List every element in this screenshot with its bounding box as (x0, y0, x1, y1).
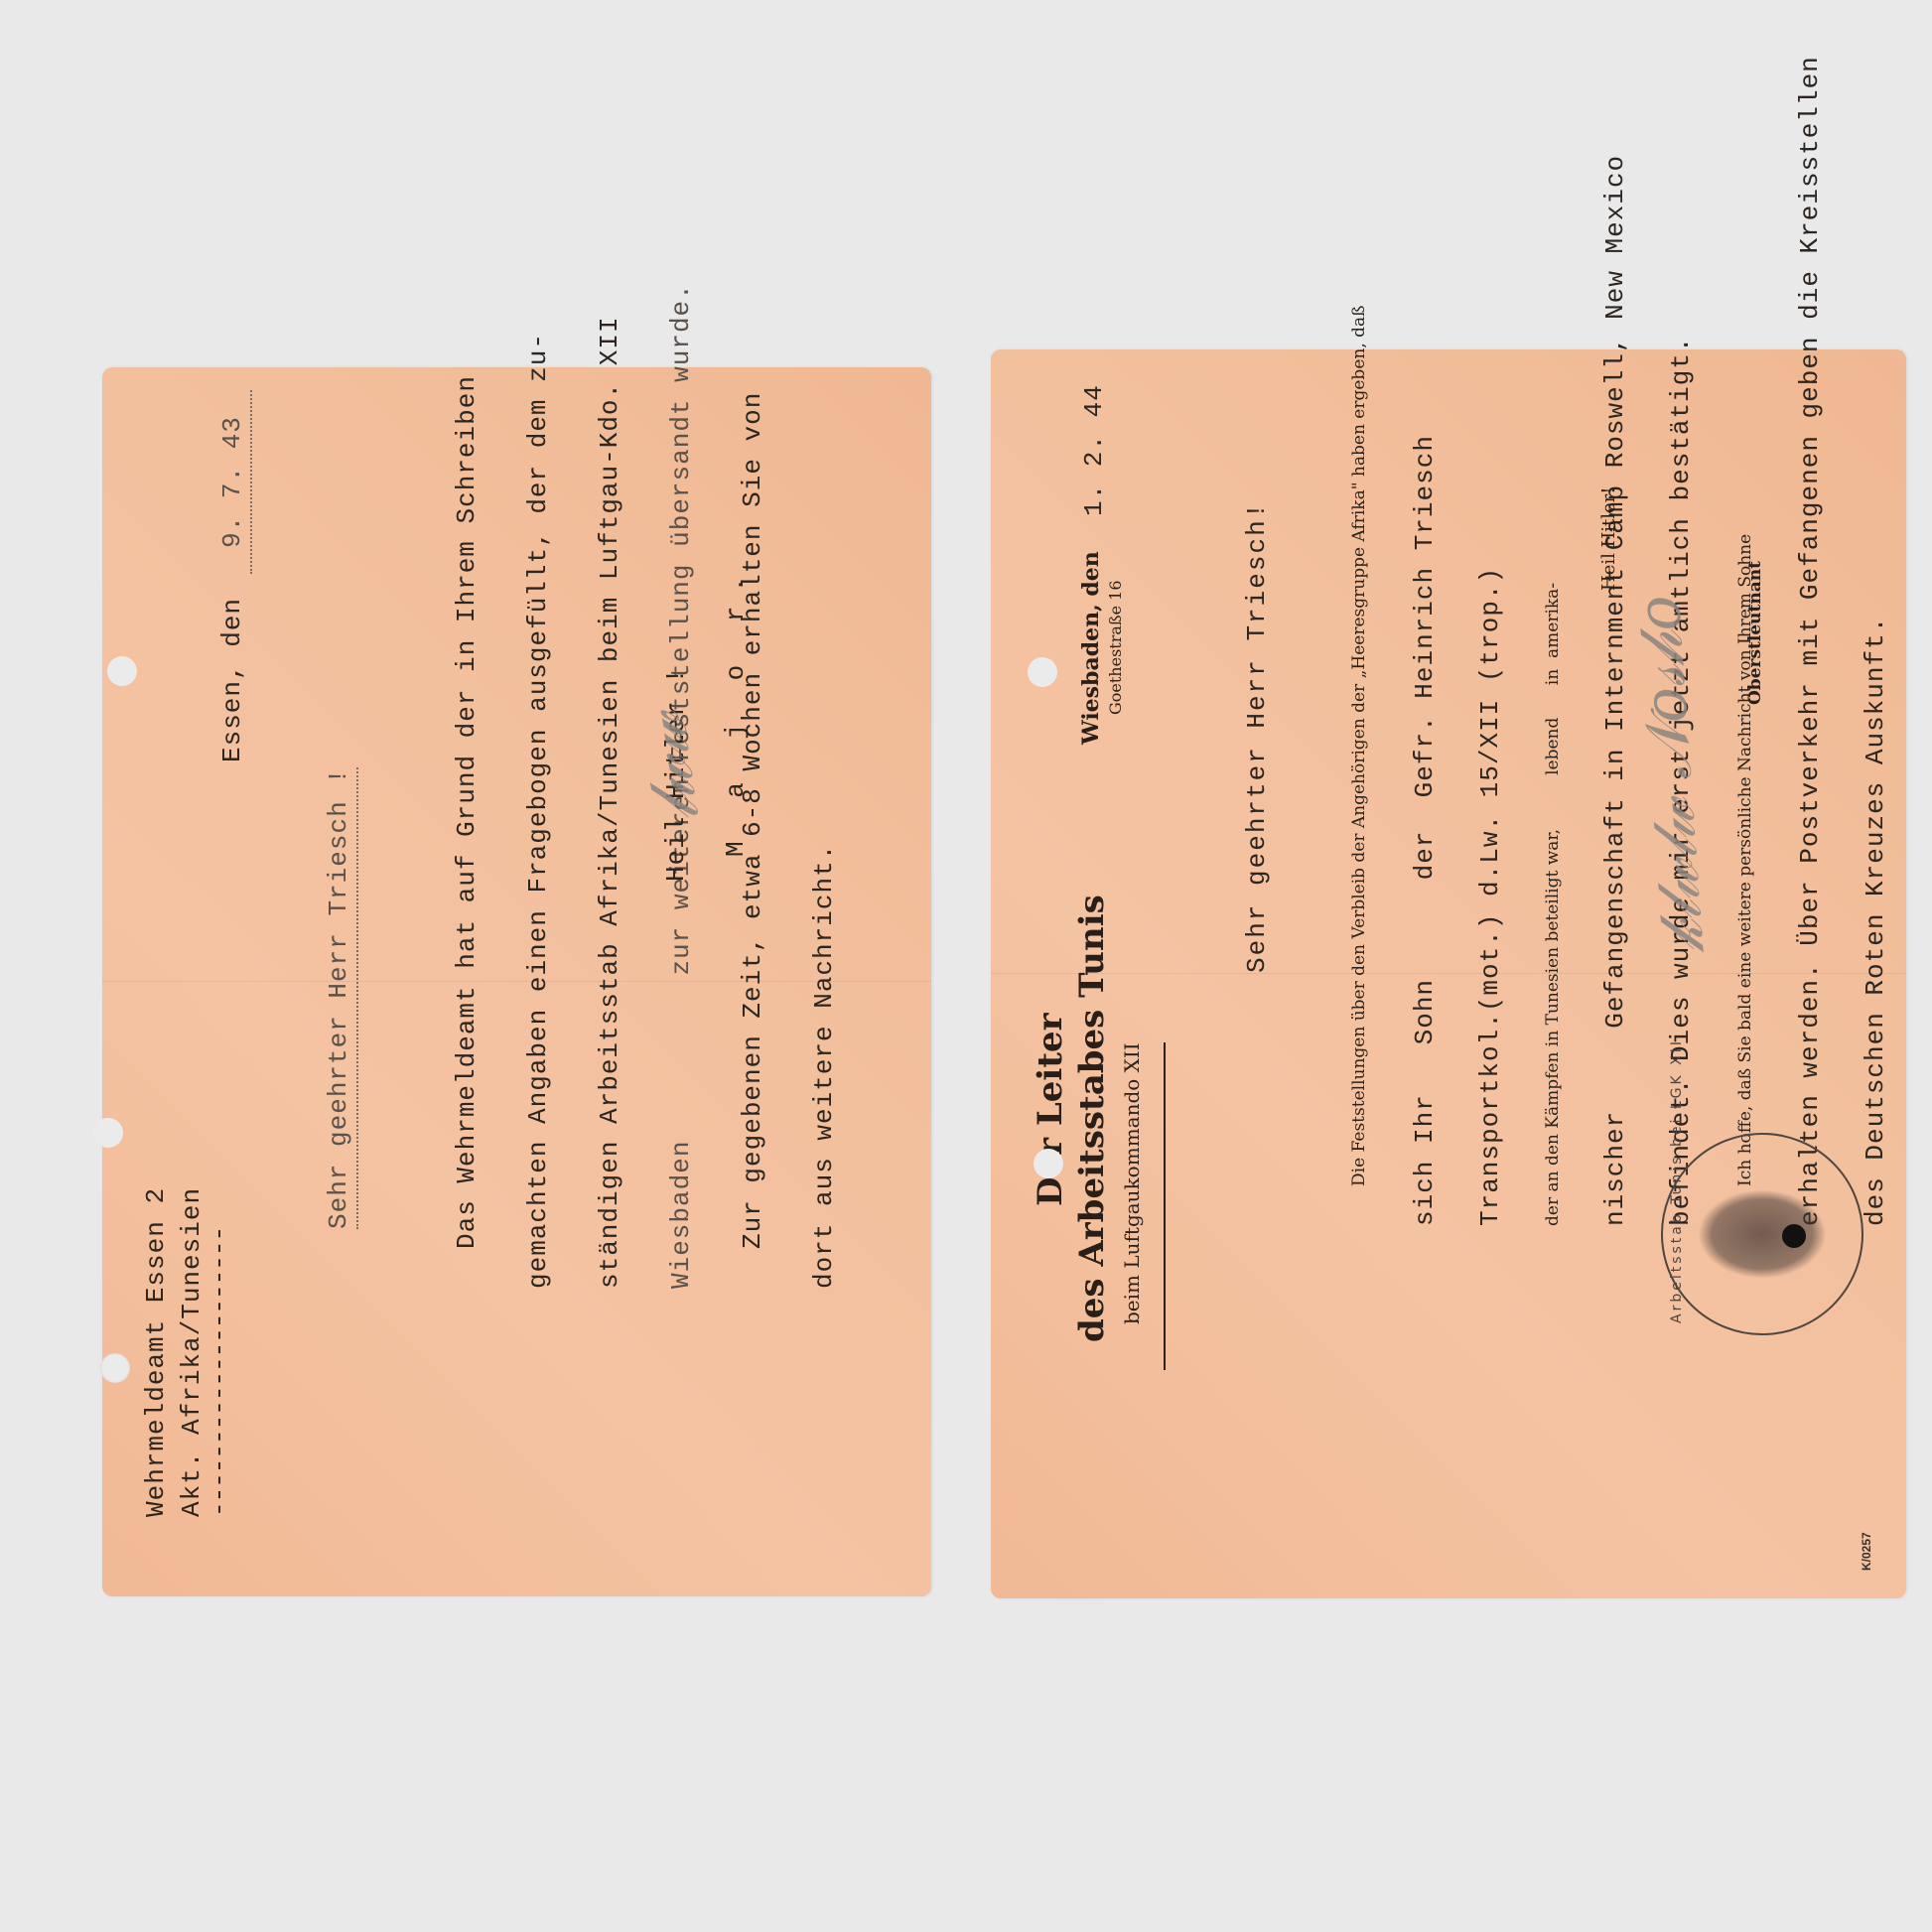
punch-hole (93, 1118, 123, 1148)
official-stamp: Arbeitsstab Tunis bei LGK XII (1661, 1133, 1863, 1335)
body-line: nischer Gefangenschaft in Internment Cam… (1600, 56, 1630, 1226)
letterhead-line-3: beim Luftgaukommando XII (1120, 1042, 1144, 1324)
address: Goethestraße 16 (1106, 580, 1125, 715)
body-line: gemachten Angaben einen Fragebogen ausge… (520, 283, 556, 1289)
body-line: ständigen Arbeitsstab Afrika/Tunesien be… (592, 283, 627, 1289)
body-line: Transportkol.(mot.) d.Lw. 15/XII (trop.) (1475, 56, 1505, 1226)
punch-hole (107, 656, 137, 686)
eagle-emblem-icon (1698, 1189, 1827, 1279)
rank: Oberstleutnant (1745, 561, 1765, 705)
letter-arbeitsstab-tunis: Der Leiter des Arbeitsstabes Tunis beim … (991, 349, 1906, 1598)
form-number: K/0257 (1860, 1532, 1873, 1571)
stamp-text: Arbeitsstab Tunis bei LGK XII (1669, 1038, 1685, 1323)
letter-wehrmeldeamt: Wehrmeldeamt Essen 2 Akt. Afrika/Tunesie… (102, 367, 931, 1596)
punch-hole (1034, 1149, 1063, 1178)
signature: 𝓁𝓌𝓌 (626, 708, 715, 826)
body-line: dort aus weitere Nachricht. (806, 283, 842, 1289)
place-label: Wiesbaden, den (1078, 551, 1104, 745)
punch-hole (1782, 1224, 1806, 1248)
letter-body: Die Feststellungen über den Verbleib der… (1309, 56, 1926, 1226)
body-line: des Deutschen Roten Kreuzes Auskunft. (1861, 56, 1890, 1226)
body-line: sich Ihr Sohn der Gefr. Heinrich Triesch (1410, 56, 1440, 1226)
closing: Heil Hitler! (1598, 486, 1619, 591)
letterhead-line-2: des Arbeitsstabes Tunis (1072, 895, 1112, 1342)
salutation: Sehr geehrter Herr Triesch! (1239, 501, 1275, 973)
punch-hole (1028, 657, 1057, 687)
salutation: Sehr geehrter Herr Triesch ! (321, 767, 358, 1229)
letter-date: 9. 7. 43 (214, 390, 252, 574)
sender-rule: -------------------- (202, 1227, 237, 1517)
place-date-label: Essen, den (214, 598, 250, 762)
body-line: erhalten werden. Über Postverkehr mit Ge… (1795, 56, 1825, 1226)
letter-date: 1. 2. 44 (1076, 384, 1112, 516)
punch-hole (100, 1353, 130, 1383)
rank: M a j o r. (718, 563, 754, 857)
body-line: Die Feststellungen über den Verbleib der… (1344, 56, 1374, 1226)
body-line: der an den Kämpfen in Tunesien beteiligt… (1541, 56, 1565, 1226)
sender-line-1: Wehrmeldeamt Essen 2 (138, 1187, 174, 1517)
body-line: Das Wehrmeldeamt hat auf Grund der in Ih… (449, 283, 484, 1289)
letterhead-rule (1164, 1042, 1166, 1370)
